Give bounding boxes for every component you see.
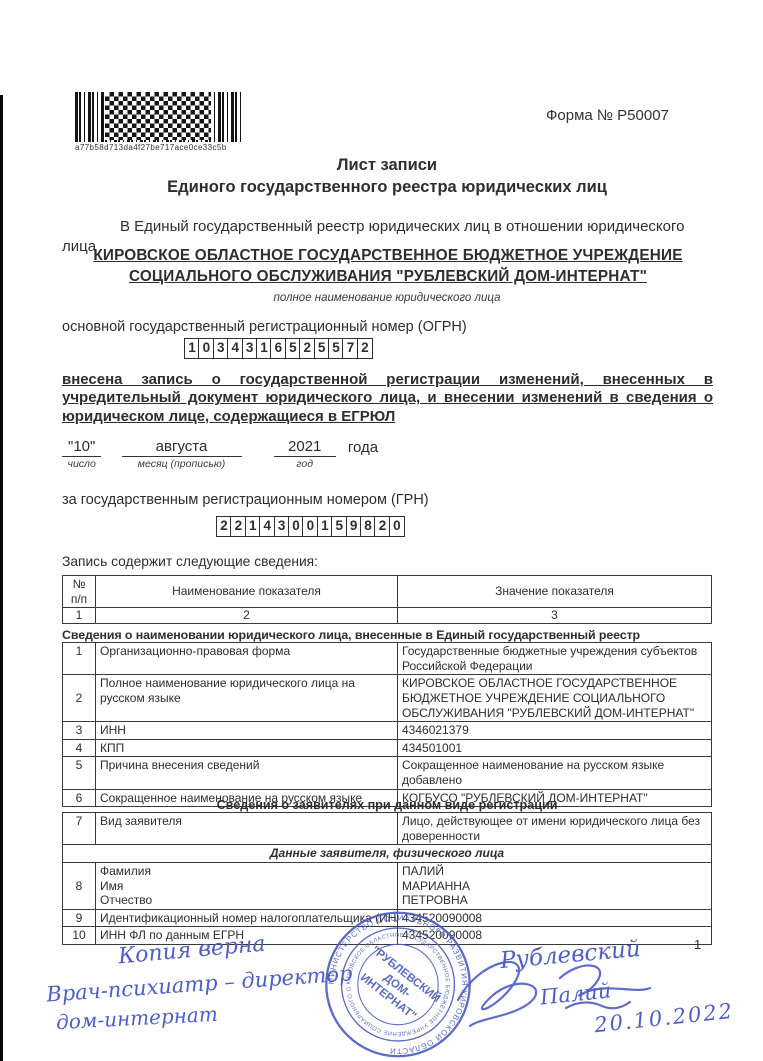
row-value: 434501001 (398, 739, 712, 757)
grn-digit-boxes: 2214300159820 (216, 516, 403, 537)
date-year: 2021 год (274, 438, 336, 470)
barcode-code-text: a77b58d713da4f27be717ace0ce33c5b (75, 143, 227, 152)
organization-name-line1: КИРОВСКОЕ ОБЛАСТНОЕ ГОСУДАРСТВЕННОЕ БЮДЖ… (50, 247, 726, 265)
date-month-label: месяц (прописью) (122, 457, 242, 470)
date-day-label: число (62, 457, 101, 470)
date-day: "10" число (62, 438, 101, 470)
handwritten-org-note: дом-интернат (55, 1002, 218, 1034)
date-month: августа месяц (прописью) (122, 438, 242, 470)
row-name: Вид заявителя (96, 813, 398, 845)
row-number: 3 (63, 722, 96, 740)
registration-date: "10" число августа месяц (прописью) 2021… (62, 438, 378, 470)
header-col-value: Значение показателя (398, 576, 712, 608)
row-value: 4346021379 (398, 722, 712, 740)
document-title-line2: Единого государственного реестра юридиче… (62, 178, 712, 197)
table-intro-text: Запись содержит следующие сведения: (62, 554, 318, 569)
row-number: 4 (63, 739, 96, 757)
barcode-image (75, 92, 241, 142)
page-number: 1 (694, 937, 701, 952)
row-name: Фамилия Имя Отчество (96, 862, 398, 909)
header-index-2: 2 (96, 608, 398, 624)
row-number: 5 (63, 757, 96, 789)
table-row: 3 ИНН 4346021379 (63, 722, 712, 740)
row-value: Сокращенное наименование на русском язык… (398, 757, 712, 789)
row-value: ПАЛИЙ МАРИАННА ПЕТРОВНА (398, 862, 712, 909)
row-value: КИРОВСКОЕ ОБЛАСТНОЕ ГОСУДАРСТВЕННОЕ БЮДЖ… (398, 675, 712, 722)
date-day-value: "10" (62, 438, 101, 457)
section1-table: 1 Организационно-правовая форма Государс… (62, 642, 712, 807)
handwritten-position-note: Врач-психиатр – директор (46, 961, 354, 1006)
row-number: 7 (63, 813, 96, 845)
row-name: Полное наименование юридического лица на… (96, 675, 398, 722)
table-row: 5 Причина внесения сведений Сокращенное … (63, 757, 712, 789)
table-row: 4 КПП 434501001 (63, 739, 712, 757)
date-year-value: 2021 (274, 438, 336, 457)
row-number: 2 (63, 675, 96, 722)
applicant-subheader: Данные заявителя, физического лица (63, 845, 712, 863)
digit-box: 0 (389, 516, 405, 537)
registration-statement: внесена запись о государственной регистр… (62, 371, 713, 426)
row-name: КПП (96, 739, 398, 757)
table-row: 8 Фамилия Имя Отчество ПАЛИЙ МАРИАННА ПЕ… (63, 862, 712, 909)
header-col-name: Наименование показателя (96, 576, 398, 608)
scan-edge-artifact (0, 95, 3, 1061)
table-row: 1 Организационно-правовая форма Государс… (63, 643, 712, 675)
scanned-document-page: a77b58d713da4f27be717ace0ce33c5b Форма №… (0, 0, 763, 1061)
table-subheader-row: Данные заявителя, физического лица (63, 845, 712, 863)
date-suffix: года (340, 438, 378, 456)
row-number: 8 (63, 862, 96, 909)
row-number: 10 (63, 927, 96, 945)
date-month-value: августа (122, 438, 242, 457)
row-number: 1 (63, 643, 96, 675)
digit-box: 2 (357, 338, 373, 359)
row-name: Организационно-правовая форма (96, 643, 398, 675)
header-index-3: 3 (398, 608, 712, 624)
row-value: Государственные бюджетные учреждения суб… (398, 643, 712, 675)
grn-label: за государственным регистрационным номер… (62, 492, 429, 508)
row-name: Причина внесения сведений (96, 757, 398, 789)
date-year-label: год (274, 457, 336, 470)
row-name: ИНН (96, 722, 398, 740)
table-column-headers: № п/п Наименование показателя Значение п… (62, 575, 712, 624)
stamp-center-text: "РУБЛЕВСКИЙ ДОМ- ИНТЕРНАТ" (352, 943, 443, 1027)
section2-title: Сведения о заявителях при данном виде ре… (62, 798, 712, 812)
header-col-num: № п/п (63, 576, 96, 608)
form-number: Форма № Р50007 (546, 107, 669, 124)
organization-name-line2: СОЦИАЛЬНОГО ОБСЛУЖИВАНИЯ "РУБЛЕВСКИЙ ДОМ… (50, 268, 726, 286)
ogrn-label: основной государственный регистрационный… (62, 319, 467, 335)
header-index-1: 1 (63, 608, 96, 624)
table-row: 2 Полное наименование юридического лица … (63, 675, 712, 722)
ogrn-digit-boxes: 1034316525572 (184, 338, 371, 359)
organization-name-caption: полное наименование юридического лица (62, 292, 712, 304)
document-title-line1: Лист записи (62, 156, 712, 175)
row-value: Лицо, действующее от имени юридического … (398, 813, 712, 845)
row-number: 9 (63, 909, 96, 927)
table-row: 7 Вид заявителя Лицо, действующее от име… (63, 813, 712, 845)
